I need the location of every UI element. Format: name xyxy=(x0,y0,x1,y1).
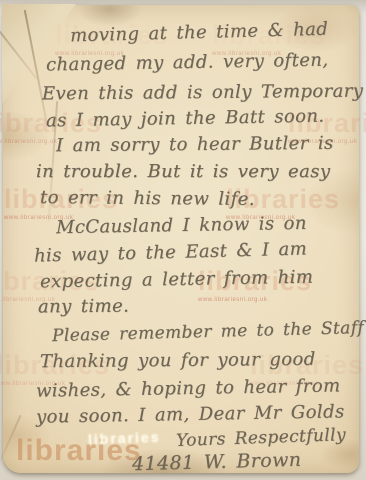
scanned-letter-image: libraries www.librariesni.org.uk librari… xyxy=(0,0,366,480)
letter-line: Thanking you for your good xyxy=(40,349,316,372)
letter-line: any time. xyxy=(38,296,129,318)
embossed-watermark: libraries xyxy=(88,429,161,448)
letter-line: I am sorry to hear Butler is xyxy=(56,133,334,156)
letter-line: to err in his new life. xyxy=(40,187,255,210)
paper-crease xyxy=(0,415,21,463)
letter-line: McCausland I know is on xyxy=(56,213,307,238)
letter-line: in trouble. But it is very easy xyxy=(36,161,330,182)
letter-signature: 41481 W. Brown xyxy=(132,449,302,475)
letter-line: Even this add is only Temporary xyxy=(42,81,363,105)
